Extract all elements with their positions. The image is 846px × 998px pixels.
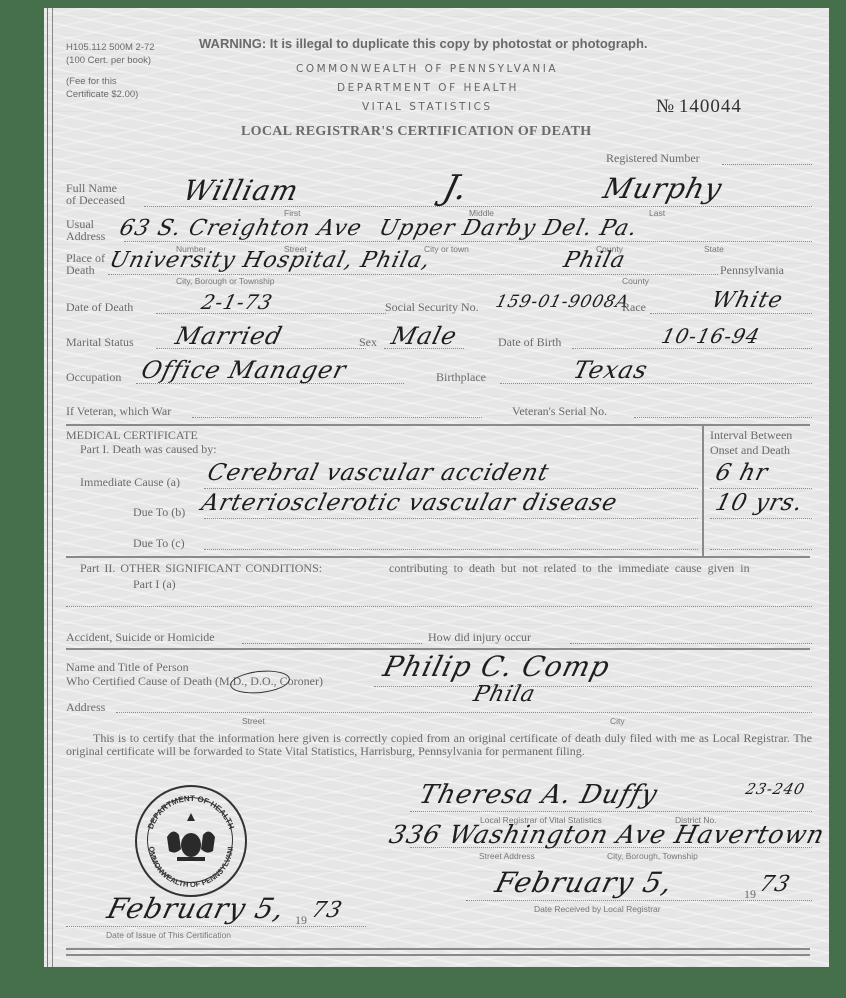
certifier-address-line xyxy=(116,712,812,713)
fee-note-line2: Certificate $2.00) xyxy=(66,89,138,100)
sub-city-borough-township: City, Borough, Township xyxy=(607,851,698,861)
injury-line xyxy=(570,643,812,644)
agency-line-3: VITAL STATISTICS xyxy=(362,101,493,113)
date-of-death-value: 2-1-73 xyxy=(199,290,275,314)
sub-certifier-city: City xyxy=(610,716,625,726)
certificate-title: LOCAL REGISTRAR'S CERTIFICATION OF DEATH xyxy=(241,124,591,140)
address-street-value: S. Creighton Ave xyxy=(155,216,365,241)
certifier-line xyxy=(374,686,812,687)
address-number-value: 63 xyxy=(117,216,153,241)
certifier-city-value: Phila xyxy=(471,682,538,707)
divider xyxy=(66,556,810,558)
date-of-issue-year-prefix: 19 xyxy=(295,913,307,928)
veteran-war-label: If Veteran, which War xyxy=(66,404,171,419)
death-certificate: H105.112 500M 2-72 (100 Cert. per book) … xyxy=(44,8,829,967)
sub-street-address: Street Address xyxy=(479,851,535,861)
birthplace-label: Birthplace xyxy=(436,370,486,385)
registrar-signature-line xyxy=(410,811,812,812)
date-received-line xyxy=(466,900,812,901)
marital-status-label: Marital Status xyxy=(66,335,134,350)
place-state-value: Pennsylvania xyxy=(720,263,784,278)
dob-value: 10-16-94 xyxy=(659,324,763,348)
form-number: H105.112 500M 2-72 xyxy=(66,42,155,53)
address-state-value: Pa. xyxy=(597,216,640,241)
name-middle-value: J. xyxy=(439,168,473,208)
injury-label: How did injury occur xyxy=(428,630,531,645)
race-label: Race xyxy=(622,300,646,315)
usual-address-label: Usual Address xyxy=(66,218,105,242)
sex-value: Male xyxy=(389,322,461,350)
cause-c-label: Due To (c) xyxy=(133,536,185,551)
ssn-value: 159-01-9008A xyxy=(494,292,632,312)
interval-header: Interval Between Onset and Death xyxy=(710,428,792,458)
dob-label: Date of Birth xyxy=(498,335,561,350)
seal-text-ring: DEPARTMENT OF HEALTH COMMONWEALTH OF PEN… xyxy=(137,787,245,895)
sub-certifier-street: Street xyxy=(242,716,265,726)
date-of-death-label: Date of Death xyxy=(66,300,133,315)
interval-a-value: 6 hr xyxy=(713,460,771,486)
registered-number-field xyxy=(722,164,812,165)
ssn-label: Social Security No. xyxy=(385,300,479,315)
place-of-death-line xyxy=(108,274,718,275)
certificate-number: № 140044 xyxy=(656,96,742,118)
sub-date-received: Date Received by Local Registrar xyxy=(534,904,661,914)
veteran-serial-line xyxy=(634,417,812,418)
certifier-address-label: Address xyxy=(66,700,105,715)
department-of-health-seal: DEPARTMENT OF HEALTH COMMONWEALTH OF PEN… xyxy=(135,785,247,897)
date-received-year: 73 xyxy=(757,872,793,897)
occupation-value: Office Manager xyxy=(139,356,350,384)
usual-address-line xyxy=(124,241,812,242)
place-county-value: Phila xyxy=(561,248,628,273)
certificate-number-value: 140044 xyxy=(679,96,742,117)
cause-a-line xyxy=(204,488,698,489)
cause-a-label: Immediate Cause (a) xyxy=(80,475,180,490)
address-county-value: Del. xyxy=(541,216,596,241)
interval-c-line xyxy=(710,549,812,550)
bottom-rule-2 xyxy=(66,954,810,956)
marital-status-value: Married xyxy=(173,322,286,350)
date-received-value: February 5, xyxy=(492,866,677,899)
divider xyxy=(66,424,810,426)
registrar-address-value: 336 Washington Ave Havertown xyxy=(386,820,828,849)
birthplace-line xyxy=(500,383,812,384)
fee-note-line1: (Fee for this xyxy=(66,76,117,87)
name-last-value: Murphy xyxy=(600,172,726,205)
date-of-issue-value: February 5, xyxy=(104,892,289,925)
certifier-name-value: Philip C. Comp xyxy=(380,650,614,683)
certification-statement: This is to certify that the information … xyxy=(66,732,812,758)
address-city-value: Upper Darby xyxy=(377,216,539,241)
interval-divider xyxy=(702,425,704,557)
registered-number-label: Registered Number xyxy=(606,151,700,166)
book-note: (100 Cert. per book) xyxy=(66,55,151,66)
cause-c-line xyxy=(204,549,698,550)
cause-b-value: Arteriosclerotic vascular disease xyxy=(199,490,621,516)
sub-place-county: County xyxy=(622,276,649,286)
race-value: White xyxy=(709,288,786,313)
bottom-rule-1 xyxy=(66,948,810,950)
place-of-death-label: Place of Death xyxy=(66,252,105,276)
date-of-issue-line xyxy=(66,926,366,927)
full-name-label: Full Name of Deceased xyxy=(66,182,125,206)
agency-line-2: DEPARTMENT OF HEALTH xyxy=(337,82,519,94)
sub-city-borough: City, Borough or Township xyxy=(176,276,274,286)
district-number-value: 23-240 xyxy=(744,780,807,798)
part2-description-2: Part I (a) xyxy=(133,577,176,592)
number-sign: № xyxy=(656,96,674,117)
registrar-signature-value: Theresa A. Duffy xyxy=(416,780,661,810)
agency-line-1: COMMONWEALTH OF PENNSYLVANIA xyxy=(296,63,558,75)
sub-date-of-issue: Date of Issue of This Certification xyxy=(106,930,231,940)
birthplace-value: Texas xyxy=(571,356,651,384)
part2-line xyxy=(66,606,812,607)
part2-label: Part II. OTHER SIGNIFICANT CONDITIONS: xyxy=(80,561,322,576)
sub-state: State xyxy=(704,244,724,254)
veteran-serial-label: Veteran's Serial No. xyxy=(512,404,607,419)
occupation-label: Occupation xyxy=(66,370,121,385)
sub-last: Last xyxy=(649,208,665,218)
place-city-value: University Hospital, Phila, xyxy=(107,248,434,273)
sex-label: Sex xyxy=(359,335,377,350)
medical-certificate-title: MEDICAL CERTIFICATE xyxy=(66,428,198,443)
dob-line xyxy=(572,348,812,349)
date-of-death-line xyxy=(156,313,386,314)
cause-a-value: Cerebral vascular accident xyxy=(205,460,552,486)
race-line xyxy=(650,313,812,314)
interval-a-line xyxy=(710,488,812,489)
interval-b-value: 10 yrs. xyxy=(713,490,806,516)
name-first-value: William xyxy=(180,174,303,207)
cause-b-label: Due To (b) xyxy=(133,505,185,520)
part2-description: contributing to death but not related to… xyxy=(389,561,750,576)
date-of-issue-year: 73 xyxy=(309,898,345,923)
accident-line xyxy=(242,643,422,644)
address-value: 63 S. Creighton Ave Upper Darby Del. Pa. xyxy=(117,216,641,241)
interval-b-line xyxy=(710,518,812,519)
warning-text: WARNING: It is illegal to duplicate this… xyxy=(199,36,648,51)
part1-label: Part I. Death was caused by: xyxy=(80,442,217,457)
accident-label: Accident, Suicide or Homicide xyxy=(66,630,215,645)
date-received-year-prefix: 19 xyxy=(744,887,756,902)
svg-text:DEPARTMENT OF HEALTH: DEPARTMENT OF HEALTH xyxy=(146,794,236,831)
coat-of-arms-icon xyxy=(167,813,215,861)
veteran-war-line xyxy=(192,417,482,418)
cause-b-line xyxy=(204,518,698,519)
